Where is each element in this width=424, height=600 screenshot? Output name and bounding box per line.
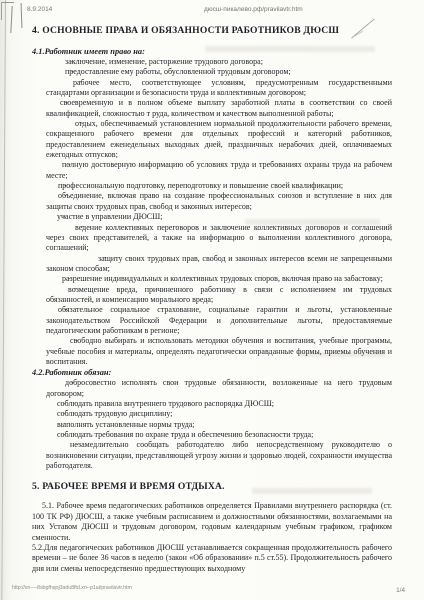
list-item-text: добросовестно исполнять свои трудовые об… (46, 378, 392, 397)
dash-bullet: - (52, 57, 74, 67)
list-item-text: объединение, включая право на создание п… (46, 191, 392, 210)
scan-artifact-staple-mark (21, 3, 23, 28)
dash-bullet: - (52, 274, 71, 284)
list-item-text: соблюдать правила внутреннего трудового … (57, 399, 274, 408)
scan-artifact-staple-mark (10, 6, 12, 33)
list-item-text: незамедлительно сообщать работодателю ли… (46, 440, 392, 470)
dash-bullet: - (52, 253, 107, 263)
section-4-title: 4. ОСНОВНЫЕ ПРАВА И ОБЯЗАННОСТИ РАБОТНИК… (32, 25, 392, 36)
subsection-4-2-heading: 4.2.Работник обязан: (32, 368, 392, 377)
list-item: -соблюдать правила внутреннего трудового… (46, 399, 392, 409)
list-item-text: отдых, обеспечиваемый установлением норм… (46, 119, 392, 159)
dash-bullet: - (52, 419, 66, 429)
list-item: -добросовестно исполнять свои трудовые о… (46, 378, 392, 399)
dash-bullet: - (52, 305, 67, 315)
dash-bullet: - (52, 212, 66, 222)
list-item-text: профессиональную подготовку, переподгото… (58, 181, 343, 190)
list-item: -отдых, обеспечиваемый установлением нор… (46, 119, 392, 160)
dash-bullet: - (52, 409, 66, 419)
rights-list: -заключение, изменение, расторжение труд… (46, 57, 392, 367)
dash-bullet: - (52, 284, 77, 294)
subsection-4-1-heading: 4.1.Работник имеет право на: (32, 47, 392, 56)
list-item-text: участие в управлении ДЮСШ; (57, 212, 162, 221)
list-item: -выполнять установленные нормы труда; (46, 420, 392, 430)
list-item-text: соблюдать трудовую дисциплину; (57, 409, 173, 418)
dash-bullet: - (52, 160, 71, 170)
duties-list: -добросовестно исполнять свои трудовые о… (46, 378, 392, 471)
paragraph-text: 5.2.Для педагогических работников ДЮСШ у… (32, 543, 392, 573)
list-item-text: предоставление ему работы, обусловленной… (65, 67, 291, 76)
document-content: 4. ОСНОВНЫЕ ПРАВА И ОБЯЗАННОСТИ РАБОТНИК… (32, 25, 392, 574)
page-edge-shadow (1, 0, 6, 600)
dash-bullet: - (52, 77, 82, 87)
list-item: -своевременную и в полном объеме выплату… (46, 98, 392, 119)
dash-bullet: - (52, 336, 79, 346)
scanned-document-page: { "list_marker": "-", "header": { "date"… (0, 0, 424, 600)
list-item: -свободно выбирать и использовать методи… (46, 336, 392, 367)
list-item-text: своевременную и в полном объеме выплату … (46, 98, 392, 117)
list-item-text: рабочее место, соответствующее условиям,… (46, 78, 392, 97)
list-item: -предоставление ему работы, обусловленно… (46, 67, 392, 77)
print-footer-url: http://xn----8sbgfhqoj3adu8ftd.xn--p1ai/… (12, 585, 132, 591)
list-item-text: заключение, изменение, расторжение трудо… (65, 57, 263, 66)
print-header-url: дюсш-пикалево.рф/pravilavtr.htm (204, 6, 303, 13)
list-item: -соблюдать трудовую дисциплину; (46, 409, 392, 419)
list-item-text: возмещение вреда, причиненного работнику… (46, 285, 392, 304)
list-item: -заключение, изменение, расторжение труд… (46, 57, 392, 67)
list-item-text: обязательное социальное страхование, соц… (46, 305, 392, 335)
section-5-paragraphs: 5.1. Рабочее время педагогических работн… (32, 501, 392, 574)
list-item: -профессиональную подготовку, переподгот… (46, 181, 392, 191)
dash-bullet: - (52, 191, 67, 201)
list-item: -полную достоверную информацию об услови… (46, 160, 392, 181)
dash-bullet: - (52, 119, 84, 129)
scan-artifact-corner (1, 2, 14, 3)
paragraph-text: 5.1. Рабочее время педагогических работн… (32, 501, 392, 541)
list-item-text: полную достоверную информацию об условия… (46, 160, 392, 179)
list-item: -обязательное социальное страхование, со… (46, 305, 392, 336)
list-item: -рабочее место, соответствующее условиям… (46, 78, 392, 99)
section-5-title: 5. РАБОЧЕЕ ВРЕМЯ И ВРЕМЯ ОТДЫХА. (32, 481, 392, 492)
list-item-text: свободно выбирать и использовать методик… (46, 336, 392, 366)
list-item-text: соблюдать требования по охране труда и о… (57, 430, 313, 439)
list-item: -возмещение вреда, причиненного работник… (46, 285, 392, 306)
list-item: -участие в управлении ДЮСШ; (46, 212, 392, 222)
dash-bullet: - (52, 98, 69, 108)
print-footer: http://xn----8sbgfhqoj3adu8ftd.xn--p1ai/… (0, 578, 424, 600)
dash-bullet: - (52, 67, 74, 77)
dash-bullet: - (52, 440, 79, 450)
list-item-text: ведение коллективных переговоров и заклю… (46, 223, 392, 253)
list-item: -ведение коллективных переговоров и закл… (46, 223, 392, 254)
list-item: -объединение, включая право на создание … (46, 191, 392, 212)
print-header-date: 8.9.2014 (27, 6, 52, 13)
paragraph: 5.1. Рабочее время педагогических работн… (32, 501, 392, 543)
list-item: -незамедлительно сообщать работодателю л… (46, 440, 392, 471)
dash-bullet: - (52, 222, 84, 232)
scan-artifact-corner (1, 2, 2, 20)
list-item: -соблюдать требования по охране труда и … (46, 430, 392, 440)
paragraph: 5.2.Для педагогических работников ДЮСШ у… (32, 543, 392, 574)
list-item: -разрешение индивидуальных и коллективны… (46, 274, 392, 284)
dash-bullet: - (52, 181, 67, 191)
dash-bullet: - (52, 430, 66, 440)
list-item-text: разрешение индивидуальных и коллективных… (62, 274, 383, 283)
dash-bullet: - (52, 378, 74, 388)
list-item: -защиту своих трудовых прав, свобод и за… (46, 254, 392, 275)
page-number: 1/4 (396, 587, 405, 594)
dash-bullet: - (52, 399, 66, 409)
list-item-text: выполнять установленные нормы труда; (57, 420, 195, 429)
